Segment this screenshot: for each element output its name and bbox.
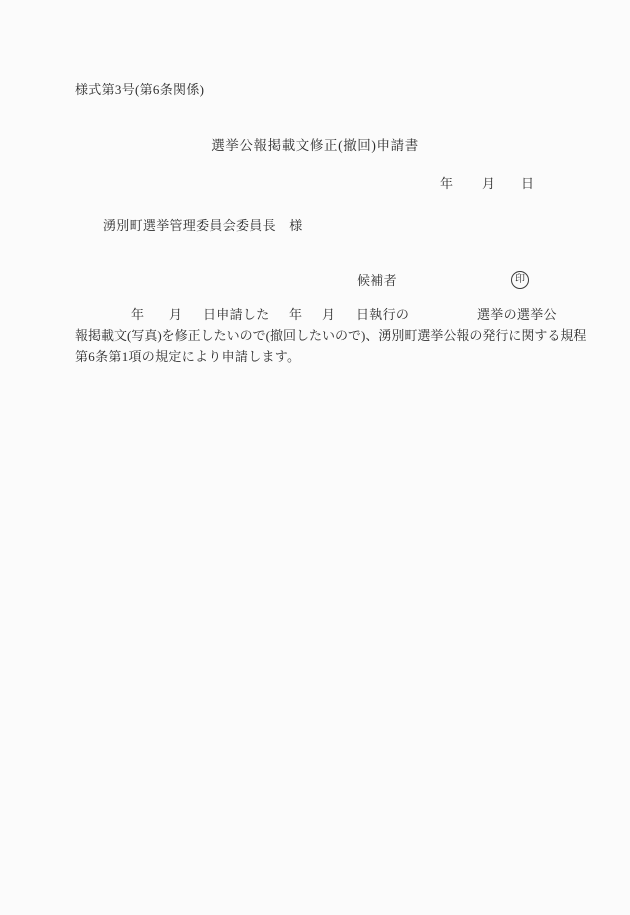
body-line1-election-tail: 選挙の選挙公	[477, 307, 557, 322]
candidate-label: 候補者	[357, 273, 397, 288]
body-line1-year1: 年	[131, 307, 144, 322]
body-line-2: 報掲載文(写真)を修正したいので(撤回したいので)、湧別町選挙公報の発行に関する…	[75, 328, 586, 343]
seal-icon: 印	[511, 271, 529, 289]
date-month-label: 月	[482, 176, 495, 191]
date-day-label: 日	[521, 176, 534, 191]
addressee-line: 湧別町選挙管理委員会委員長 様	[103, 218, 303, 233]
body-line1-month2: 月	[322, 307, 335, 322]
date-year-label: 年	[440, 176, 453, 191]
form-number: 様式第3号(第6条関係)	[75, 82, 204, 97]
body-line1-year2: 年	[289, 307, 302, 322]
body-line1-day2-executed: 日執行の	[356, 307, 409, 322]
body-line1-month1: 月	[169, 307, 182, 322]
document-page: 様式第3号(第6条関係) 選挙公報掲載文修正(撤回)申請書 年 月 日 湧別町選…	[0, 0, 630, 915]
document-title: 選挙公報掲載文修正(撤回)申請書	[0, 138, 630, 154]
body-line-3: 第6条第1項の規定により申請します。	[75, 349, 300, 364]
body-line1-day1-applied: 日申請した	[203, 307, 270, 322]
